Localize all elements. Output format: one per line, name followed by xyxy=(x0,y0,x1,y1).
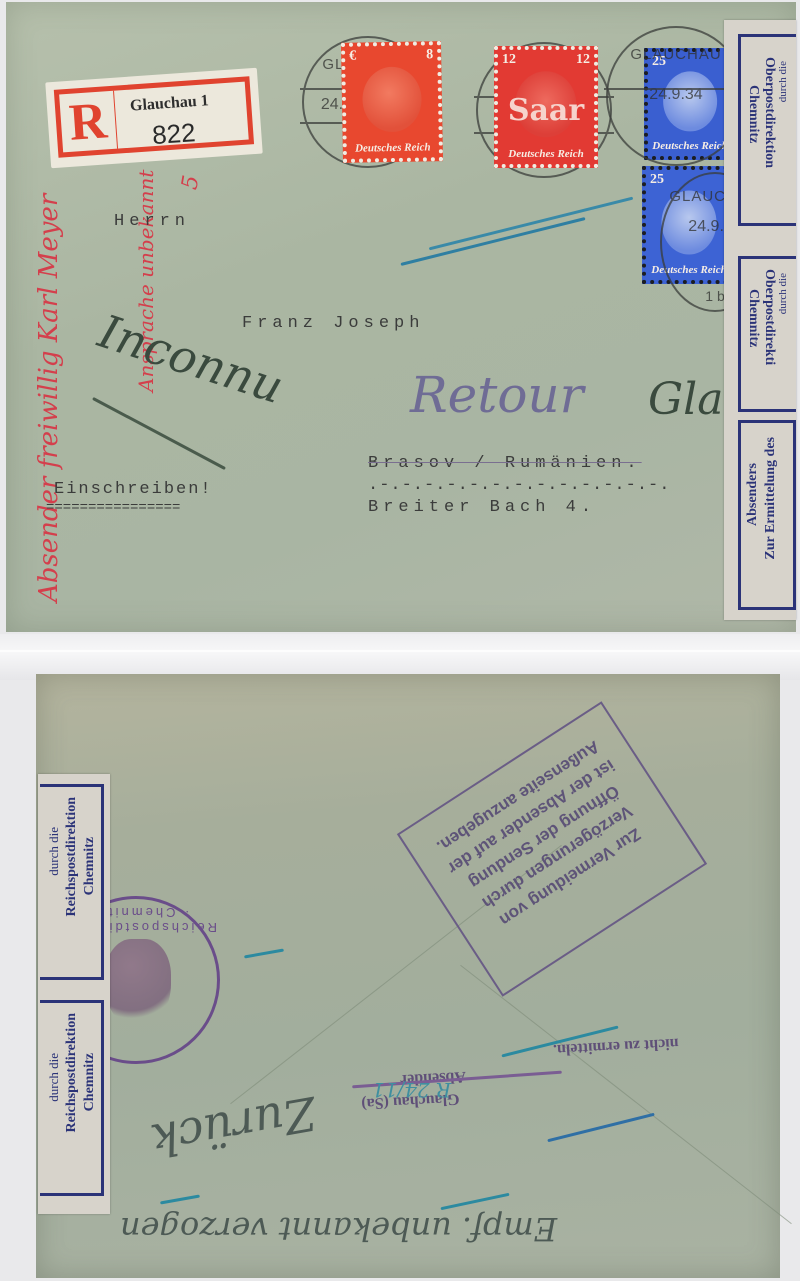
address-salutation: Herrn xyxy=(114,212,190,231)
pencil-note-date: R 24/11 xyxy=(372,1078,451,1102)
registration-label: R Glauchau 1 822 xyxy=(45,68,262,169)
registered-mark: Einschreiben! xyxy=(54,480,213,499)
address-street: Breiter Bach 4. xyxy=(368,498,596,517)
registration-office: Glauchau 1 xyxy=(130,92,210,115)
handwritten-retour: Retour xyxy=(410,366,584,424)
censor-label-back-1: durch die Reichspostdirektion Chemnitz xyxy=(40,784,104,980)
registered-underline: ================ xyxy=(46,500,180,516)
handwritten-bottom-note: Empf. unbekannt verzogen xyxy=(120,1210,557,1248)
address-separator: .-.-.-.-.-.-.-.-.-.-.-.-.-. xyxy=(368,476,670,495)
registration-letter: R xyxy=(59,91,118,153)
registration-number: 822 xyxy=(151,117,196,151)
eagle-icon xyxy=(105,939,171,1029)
envelope-front: Absender freiwillig Karl Meyer Ansprache… xyxy=(6,2,796,632)
censor-label-back-2: durch die Reichspostdirektion Chemnitz xyxy=(40,1000,104,1196)
address-city: Brasov / Rumänien. xyxy=(368,454,642,473)
crayon-stroke xyxy=(400,217,585,266)
censor-label-3: Zur Ermittelung des Absenders xyxy=(738,420,796,610)
pencil-stroke xyxy=(92,397,226,470)
crayon-stroke xyxy=(429,197,633,251)
portrait-icon xyxy=(362,66,422,132)
handwritten-mark-red: 5 xyxy=(177,173,204,191)
censor-strip-back: durch die Reichspostdirektion Chemnitz d… xyxy=(38,774,110,1214)
address-name: Franz Joseph xyxy=(242,314,424,333)
censor-strip-front: durch die Oberpostdirektion Chemnitz dur… xyxy=(724,20,796,620)
censor-label-1: durch die Oberpostdirektion Chemnitz xyxy=(738,34,796,226)
postage-stamp-8: €8 Deutsches Reich xyxy=(341,41,443,163)
censor-label-2: durch die Oberpostdirekti Chemnitz xyxy=(738,256,796,412)
postage-stamp-12: Saar 1212 Deutsches Reich xyxy=(494,46,598,168)
